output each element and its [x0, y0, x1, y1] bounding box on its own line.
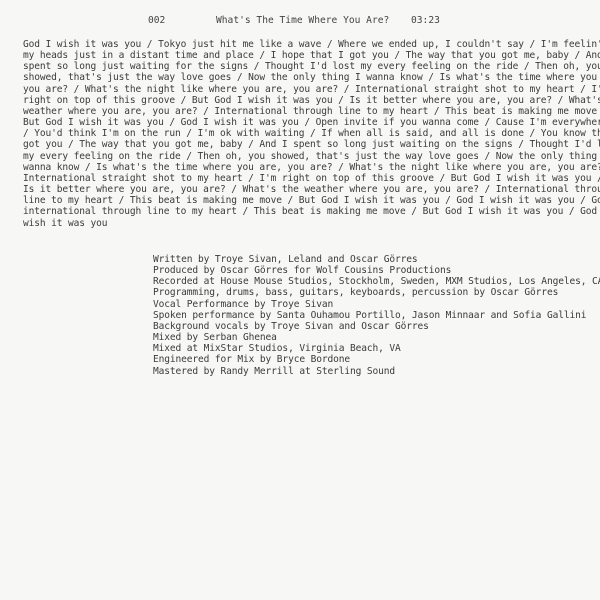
credit-line: Background vocals by Troye Sivan and Osc… — [153, 321, 598, 332]
lyric-line: line to my heart / This beat is making m… — [23, 195, 591, 206]
track-duration: 03:23 — [411, 15, 440, 26]
lyric-line: Is it better where you are, you are? / W… — [23, 184, 591, 195]
credit-line: Mastered by Randy Merrill at Sterling So… — [153, 366, 598, 377]
lyric-line: But God I wish it was you / God I wish i… — [23, 117, 591, 128]
track-number: 002 — [148, 15, 165, 26]
lyric-line: International straight shot to my heart … — [23, 173, 591, 184]
lyric-line: you are? / What's the night like where y… — [23, 84, 591, 95]
lyric-line: showed, that's just the way love goes / … — [23, 72, 591, 83]
credit-line: Vocal Performance by Troye Sivan — [153, 299, 598, 310]
credit-line: Recorded at House Mouse Studios, Stockho… — [153, 276, 598, 287]
lyric-line: my every feeling on the ride / Then oh, … — [23, 151, 591, 162]
credit-line: Spoken performance by Santa Ouhamou Port… — [153, 310, 598, 321]
lyric-line: / You'd think I'm on the run / I'm ok wi… — [23, 128, 591, 139]
credit-line: Produced by Oscar Görres for Wolf Cousin… — [153, 265, 598, 276]
credit-line: Programming, drums, bass, guitars, keybo… — [153, 287, 598, 298]
lyric-line: wish it was you — [23, 218, 591, 229]
credits-block: Written by Troye Sivan, Leland and Oscar… — [153, 254, 598, 377]
credit-line: Mixed by Serban Ghenea — [153, 332, 598, 343]
lyric-line: my heads just in a distant time and plac… — [23, 50, 591, 61]
lyric-line: got you / The way that you got me, baby … — [23, 139, 591, 150]
lyric-line: weather where you are, you are? / Intern… — [23, 106, 591, 117]
credit-line: Mixed at MixStar Studios, Virginia Beach… — [153, 343, 598, 354]
credit-line: Written by Troye Sivan, Leland and Oscar… — [153, 254, 598, 265]
credit-line: Engineered for Mix by Bryce Bordone — [153, 354, 598, 365]
lyric-line: right on top of this groove / But God I … — [23, 95, 591, 106]
track-header: 002 What's The Time Where You Are? 03:23 — [0, 15, 600, 31]
lyric-line: wanna know / Is what's the time where yo… — [23, 162, 591, 173]
lyric-line: international through line to my heart /… — [23, 206, 591, 217]
lyric-line: God I wish it was you / Tokyo just hit m… — [23, 39, 591, 50]
lyric-line: spent so long just waiting for the signs… — [23, 61, 591, 72]
track-title: What's The Time Where You Are? — [216, 15, 389, 26]
lyrics-block: God I wish it was you / Tokyo just hit m… — [23, 39, 591, 229]
